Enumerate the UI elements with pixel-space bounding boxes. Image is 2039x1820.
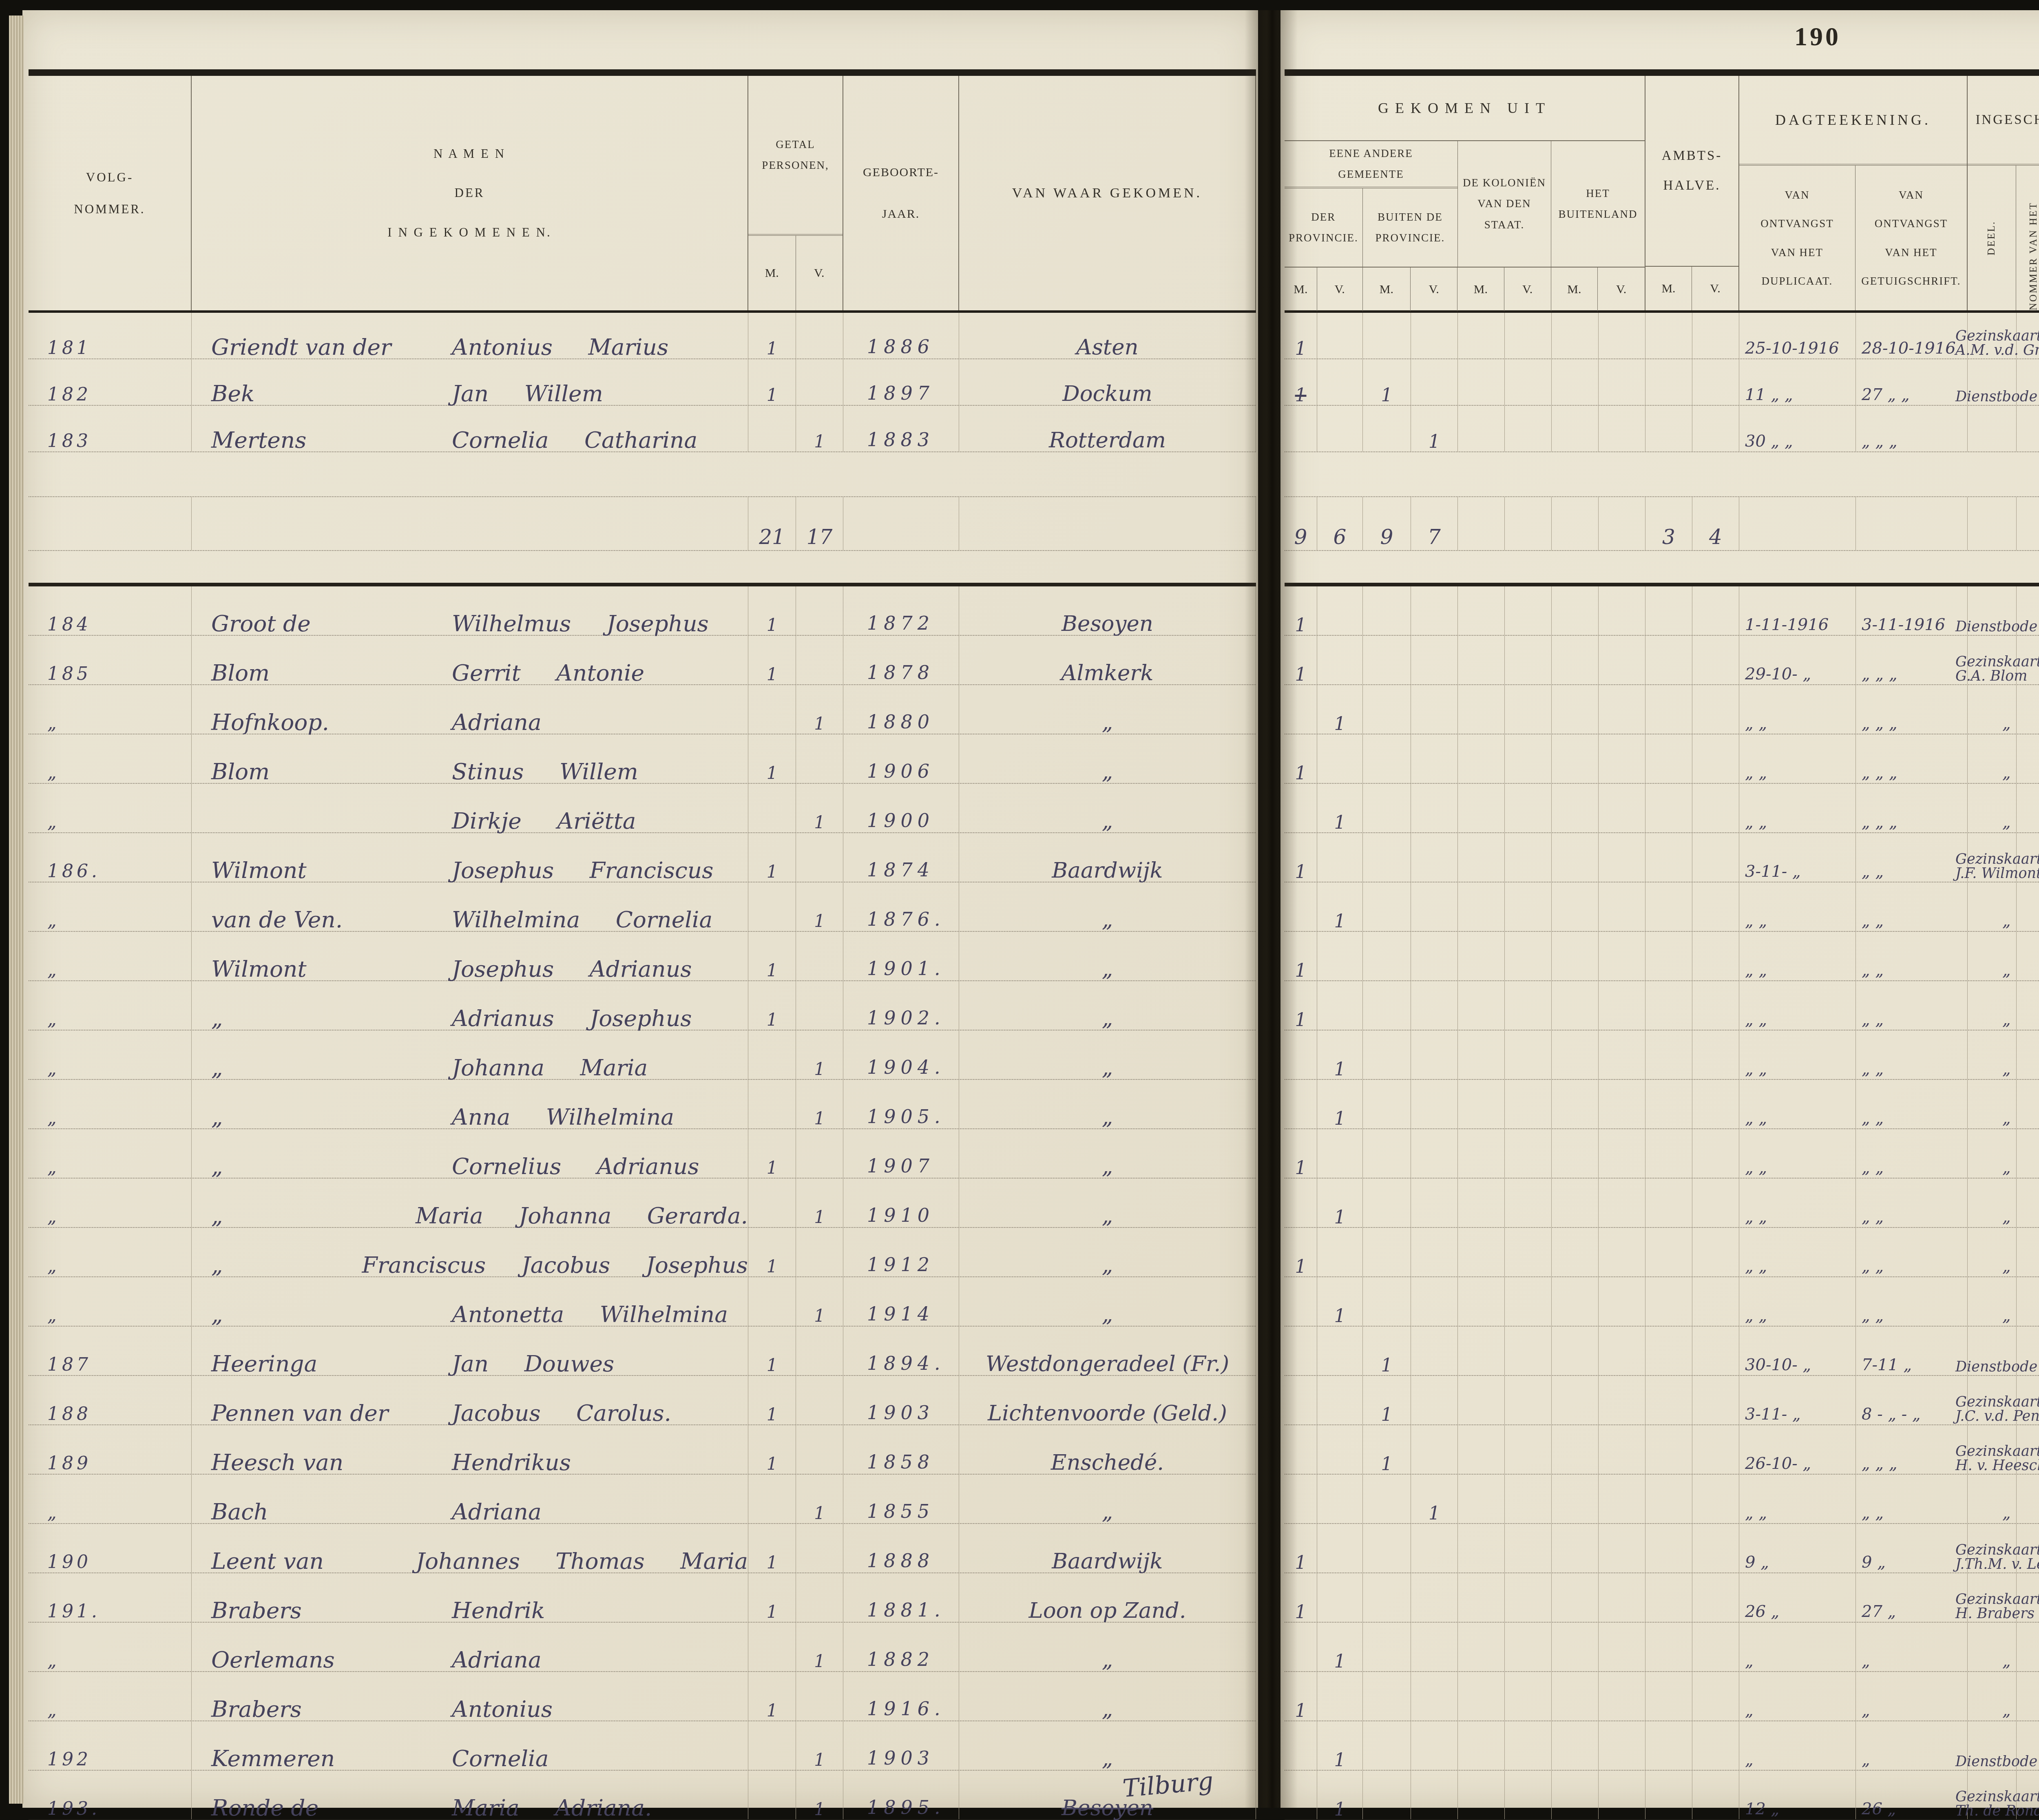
column-header-volgnummer: VOLG- NOMMER. [29,76,192,310]
cell-gekomen-m4 [1552,406,1599,451]
cell-vanwaar: Dockum [959,359,1256,405]
deel-annotation: GezinskaartJ.Th.M. v. Leent [1955,1543,2039,1572]
table-row: „„Johanna Maria11904.„ [29,1031,1256,1080]
total-value: 9 [1294,528,1307,547]
table-row: 1„ „„ „„ „ „„ „„„ [1285,1129,2039,1179]
cell-gekomen-v2: 1 [1411,406,1458,451]
duplicaat-date: „ [1739,1703,1754,1720]
cell-gekomen-m1: 1 [1285,1129,1317,1178]
table-row: 125-10-191628-10-191628-10-191628-10-191… [1285,313,2039,359]
right-page: 190 129 GEKOMEN UIT EENE ANDERE GEMEENTE [1280,10,2039,1808]
cell-gekomen-m3 [1458,406,1505,451]
cell-namen: Hofnkoop.Adriana [192,685,748,734]
cell-gekomen-av [1692,1721,1739,1770]
cell-gekomen-av [1692,1080,1739,1128]
table-row: 186.WilmontJosephus Franciscus11874Baard… [29,833,1256,882]
mv-header-m: M. [1661,282,1675,296]
tally-mark: 1 [1295,1012,1307,1029]
cell-nommer-blad [2017,1475,2039,1523]
cell-gekomen-m4 [1552,1623,1599,1671]
cell-gekomen-v1: 1 [1317,1623,1363,1671]
cell-gekomen-m1: 1 [1285,586,1317,635]
cell-volgnummer: 191. [29,1573,192,1622]
cell-gekomen-m1: 1 [1285,1672,1317,1720]
cell-gekomen-m4 [1552,1475,1599,1523]
origin-overwritten: Tilburg [1122,1769,1214,1800]
cell-getal-v: 1 [796,685,843,734]
column-group-ambtshalve: AMBTS- HALVE. M.V. [1645,76,1739,310]
cell-getuigschrift: „ „ [1856,833,1968,882]
cell-namen: BlomStinus Willem [192,734,748,783]
deel-annotation: GezinskaartTh. de Ronde [1955,1790,2039,1818]
cell-geboortejaar: 1910 [843,1179,959,1227]
origin-place: „ [1102,1255,1113,1276]
cell-gekomen-m3 [1458,685,1505,734]
row-surname: „ [192,1156,440,1178]
cell-gekomen-v4 [1599,636,1645,684]
cell-gekomen-m4 [1552,1277,1599,1326]
cell-vanwaar: „ [959,1228,1256,1276]
deel-annotation-line2: J.F. Wilmont [1955,867,2039,881]
getuigschrift-date: „ „ „ [1856,716,1897,734]
cell-gekomen-m2 [1363,1277,1411,1326]
table-row: „„Maria Johanna Gerarda.11910„ [29,1179,1256,1228]
birth-year: 1910 [843,1207,934,1227]
table-row: „„Antonetta Wilhelmina11914„ [29,1277,1256,1327]
cell-duplicaat: „ „ [1739,1129,1856,1178]
cell-gekomen-m2 [1363,1475,1411,1523]
cell-gekomen-v2 [1411,932,1458,980]
origin-place: „ [1102,1157,1113,1178]
cell-geboortejaar: 1906 [843,734,959,783]
row-number: „ [29,912,60,931]
cell-duplicaat: „ [1739,1721,1856,1770]
cell-getal-v [796,833,843,882]
left-table: VOLG- NOMMER. N A M E N DER I N G E K O … [29,69,1256,1820]
cell-getuigschrift: „ „ [1856,882,1968,931]
cell-getal-m [748,1080,796,1128]
row-number: „ [29,1652,60,1671]
row-number: „ [29,1702,60,1720]
cell-gekomen-av [1692,734,1739,783]
cell-getal-v: 1 [796,1277,843,1326]
cell-getal-m: 1 [748,1228,796,1276]
cell-duplicaat: „ „ [1739,1228,1856,1276]
tally-mark: 1 [1334,1308,1346,1325]
row-number: „ [29,1307,60,1326]
cell-gekomen-m2 [1363,313,1411,358]
cell-gekomen-v1 [1317,586,1363,635]
row-surname: „ [192,1057,440,1079]
cell-gekomen-v1 [1317,1524,1363,1572]
right-table: GEKOMEN UIT EENE ANDERE GEMEENTE DER PRO… [1285,69,2039,1820]
cell-geboortejaar: 1895. [843,1771,959,1819]
cell-gekomen-v4 [1599,1623,1645,1671]
row-given-names: Johanna Maria [440,1057,648,1079]
cell-gekomen-v3 [1505,1524,1552,1572]
cell-gekomen-m3 [1458,1080,1505,1128]
cell-gekomen-v4 [1599,734,1645,783]
getal-v-value: 1 [814,1110,825,1127]
row-number: 191. [29,1603,100,1622]
cell-getal-m: 1 [748,636,796,684]
cell-gekomen-v1 [1317,313,1363,358]
origin-place: Baardwijk [1052,860,1163,882]
cell-gekomen-v1 [1317,359,1363,405]
getal-v-value: 1 [814,1653,825,1670]
cell-gekomen-m1: 1 [1285,734,1317,783]
deel-annotation-line1: Gezinskaart [1955,329,2039,343]
row-number: „ [29,814,60,832]
cell-gekomen-v3 [1505,406,1552,451]
cell-gekomen-v4 [1599,1080,1645,1128]
cell-gekomen-av [1692,313,1739,358]
cell-duplicaat: 3-11- „ [1739,833,1856,882]
cell-gekomen-am [1645,1425,1692,1474]
cell-gekomen-m2 [1363,586,1411,635]
deel-ditto-mark: „ [2002,1653,2011,1669]
table-row: 129-10- „„ „ „„ „ „„ „ „A 457.Gezinskaar… [1285,636,2039,685]
tally-mark: 1 [1295,864,1307,881]
row-surname: Wilmont [192,958,440,980]
cell-getuigschrift: „ „ „ [1856,1425,1968,1474]
duplicaat-date: „ „ [1739,1061,1767,1079]
table-row: 1„ „„ „„ „ „„ „„„ [1285,1179,2039,1228]
row-given-names: Stinus Willem [440,761,638,783]
cell-gekomen-m3 [1458,1179,1505,1227]
table-row: „van de Ven.Wilhelmina Cornelia11876.„ [29,882,1256,932]
cell-gekomen-m3 [1458,734,1505,783]
cell-gekomen-v1: 1 [1317,1031,1363,1079]
cell-nommer-blad [2017,981,2039,1030]
getal-m-value: 1 [767,387,778,403]
cell-total-v3 [1505,497,1552,550]
cell-getal-m [748,1771,796,1819]
table-row: 183MertensCornelia Catharina11883Rotterd… [29,406,1256,452]
cell-namen: „Cornelius Adrianus [192,1129,748,1178]
cell-gekomen-v2 [1411,1179,1458,1227]
ambtshalve-label: AMBTS- HALVE. [1662,141,1723,200]
deel-ditto-mark: „ [2002,1061,2011,1077]
cell-duplicaat: „ „ [1739,784,1856,832]
cell-gekomen-av [1692,1573,1739,1622]
cell-gekomen-v2 [1411,882,1458,931]
cell-vanwaar: „ [959,882,1256,931]
cell-duplicaat: 26 „ [1739,1573,1856,1622]
table-row: 193.Ronde deMaria Adriana.11895.BesoyenT… [29,1771,1256,1819]
table-row: 1„ „„ „„ „ „„ „„„ [1285,1080,2039,1129]
cell-gekomen-am [1645,1475,1692,1523]
total-value: 4 [1709,528,1722,547]
cell-gekomen-v2 [1411,1031,1458,1079]
nommer-blad-label: NOMMER VAN HET BLAD. [2028,166,2039,310]
cell-gekomen-m1: 1 [1285,1524,1317,1572]
geboortejaar-label: GEBOORTE- JAAR. [863,152,939,235]
getal-v-value: 1 [814,913,825,929]
cell-vanwaar: „ [959,1672,1256,1720]
cell-gekomen-m1 [1285,784,1317,832]
deel-annotation: Dienstbode [1955,390,2037,404]
cell-gekomen-v1: 1 [1317,784,1363,832]
cell-gekomen-v2 [1411,1623,1458,1671]
cell-duplicaat [1739,497,1856,550]
row-surname: „ [192,1304,440,1326]
duplicaat-date: 25-10-1916 [1739,341,1839,358]
der-provincie-label: DER PROVINCIE. [1289,207,1358,249]
cell-gekomen-v3 [1505,1573,1552,1622]
row-given-names: Adriana [440,1501,542,1523]
cell-gekomen-av [1692,1524,1739,1572]
getal-m-value: 1 [767,1012,778,1028]
cell-volgnummer: „ [29,1179,192,1227]
cell-volgnummer: „ [29,1623,192,1671]
cell-getuigschrift: „ „ [1856,932,1968,980]
cell-duplicaat: 9 „ [1739,1524,1856,1572]
cell-getal-m [748,1721,796,1770]
table-row: „BlomStinus Willem11906„ [29,734,1256,784]
row-given-names: Johannes Thomas Maria [404,1550,748,1572]
cell-gekomen-v3 [1505,1228,1552,1276]
getal-m-value: 1 [767,1456,778,1472]
tally-mark: 1 [1295,1555,1307,1572]
cell-gekomen-m2 [1363,1573,1411,1622]
origin-place: Dockum [1062,384,1152,405]
cell-namen: „Antonetta Wilhelmina [192,1277,748,1326]
cell-total-m1: 9 [1285,497,1317,550]
table-row: 188Pennen van derJacobus Carolus.11903Li… [29,1376,1256,1425]
cell-getuigschrift: 9 „ [1856,1524,1968,1572]
row-given-names: Antonius [440,1698,553,1720]
cell-gekomen-v4 [1599,1524,1645,1572]
cell-volgnummer: „ [29,784,192,832]
origin-place: Loon op Zand. [1028,1601,1186,1622]
cell-gekomen-m4 [1552,882,1599,931]
cell-getal-m: 1 [748,1376,796,1424]
table-row: 192KemmerenCornelia11903„ [29,1721,1256,1771]
cell-gekomen-m2 [1363,784,1411,832]
tally-mark: 1 [1334,913,1346,930]
birth-year: 1901. [843,960,945,980]
cell-gekomen-v1 [1317,1425,1363,1474]
origin-place: „ [1102,712,1113,734]
cell-gekomen-v2 [1411,1376,1458,1424]
cell-volgnummer: „ [29,1080,192,1128]
getuigschrift-date: „ „ [1856,1012,1884,1030]
getuigschrift-date: „ „ „ [1856,765,1897,783]
origin-place: „ [1102,762,1113,783]
cell-geboortejaar: 1904. [843,1031,959,1079]
cell-gekomen-m3 [1458,1228,1505,1276]
cell-gekomen-v4 [1599,1672,1645,1720]
mv-header-m: M. [1474,283,1488,296]
cell-gekomen-v3 [1505,1425,1552,1474]
cell-gekomen-v3 [1505,1277,1552,1326]
row-number: „ [29,1060,60,1079]
cell-vanwaar: Besoyen [959,586,1256,635]
table-row: 1111 „ „27 „ „„ „ „„ „ „C 249Dienstbode [1285,359,2039,406]
table-row: „BrabersAntonius11916.„ [29,1672,1256,1721]
cell-gekomen-m3 [1458,981,1505,1030]
cell-getal-m: 1 [748,1672,796,1720]
cell-getal-v [796,932,843,980]
deel-annotation-line1: Dienstbode [1955,390,2037,404]
birth-year: 1916. [843,1700,945,1720]
row-given-names: Josephus Adrianus [440,958,692,980]
cell-gekomen-m2: 1 [1363,1376,1411,1424]
cell-volgnummer: 189 [29,1425,192,1474]
page-stack-edge-left [9,15,24,1804]
vanwaar-label: VAN WAAR GEKOMEN. [1012,176,1202,210]
getuigschrift-date: „ „ [1856,1258,1884,1276]
cell-geboortejaar: 1881. [843,1573,959,1622]
deel-annotation: GezinskaartJ.C. v.d. Pennen [1955,1395,2039,1424]
cell-gekomen-m3 [1458,784,1505,832]
cell-gekomen-m1 [1285,1475,1317,1523]
duplicaat-date: „ „ [1739,1160,1767,1178]
tally-mark: 1 [1295,387,1307,404]
getal-v-value: 1 [814,433,825,450]
deel-ditto-mark: „ [2002,913,2011,929]
row-number: „ [29,962,60,980]
tally-mark: 1 [1334,1801,1346,1818]
cell-gekomen-m1 [1285,1425,1317,1474]
tally-mark: 1 [1334,716,1346,733]
table-row: „Hofnkoop.Adriana11880„ [29,685,1256,734]
cell-getal-m: 1 [748,932,796,980]
cell-gekomen-v2 [1411,784,1458,832]
cell-gekomen-v1 [1317,734,1363,783]
row-number: 187 [29,1356,91,1375]
table-row: 112 „26 „„ „„A 19.GezinskaartTh. de Rond… [1285,1771,2039,1819]
row-number: 181 [29,340,91,358]
cell-gekomen-m4 [1552,1129,1599,1178]
mv-header-m: M. [1380,283,1393,296]
cell-gekomen-v4 [1599,1475,1645,1523]
cell-gekomen-v1: 1 [1317,882,1363,931]
deel-annotation: GezinskaartG.A. Blom [1955,655,2039,683]
cell-getal-v: 1 [796,406,843,451]
table-row [29,551,1256,586]
cell-gekomen-m4 [1552,1721,1599,1770]
origin-place: Enschedé. [1051,1453,1164,1474]
getal-m-value: 1 [767,1406,778,1423]
right-table-header: GEKOMEN UIT EENE ANDERE GEMEENTE DER PRO… [1285,69,2039,313]
duplicaat-date: „ „ [1739,913,1767,931]
getal-v-value: 1 [814,1801,825,1818]
mv-header-v: V. [1616,283,1626,296]
cell-gekomen-v4 [1599,586,1645,635]
table-row: 1„ „„ „„ „ „„ „„„ [1285,882,2039,932]
cell-geboortejaar: 1907 [843,1129,959,1178]
cell-gekomen-v1 [1317,636,1363,684]
getuigschrift-date: 28-10-1916 [1856,341,1956,358]
cell-gekomen-av [1692,1672,1739,1720]
getal-m-value: 1 [767,1703,778,1719]
deel-ditto-mark: „ [2002,1505,2011,1521]
cell-nommer-blad [2017,1179,2039,1227]
table-row [1285,551,2039,586]
row-surname: Wilmont [192,860,440,882]
table-row: 1„ „„ „„ „ „„ „„„ [1285,1277,2039,1327]
cell-gekomen-v3 [1505,1129,1552,1178]
duplicaat-date: 30-10- „ [1739,1357,1811,1375]
cell-namen: Ronde deMaria Adriana. [192,1771,748,1819]
cell-gekomen-m3 [1458,1672,1505,1720]
cell-gekomen-m4 [1552,1524,1599,1572]
getal-m-value: 1 [767,864,778,880]
cell-getal-m: 1 [748,1425,796,1474]
cell-getal-m: 1 [748,734,796,783]
origin-place: „ [1102,1502,1113,1523]
cell-gekomen-v1: 1 [1317,685,1363,734]
tally-mark: 1 [1334,1752,1346,1769]
duplicaat-date: „ „ [1739,716,1767,734]
cell-gekomen-v3 [1505,932,1552,980]
row-given-names: Jan Douwes [440,1353,614,1375]
cell-gekomen-av [1692,1376,1739,1424]
deel-annotation: GezinskaartJ.F. Wilmont [1955,852,2039,881]
birth-year: 1878 [843,664,934,684]
getuigschrift-date: „ „ [1856,962,1884,980]
row-surname: Bek [192,383,440,405]
table-row: 1„ „„ „„ „ „„ „„ „ „„ [1285,1475,2039,1524]
cell-namen: HeeringaJan Douwes [192,1327,748,1375]
cell-gekomen-v1 [1317,406,1363,451]
cell-duplicaat: „ „ [1739,1277,1856,1326]
tally-mark: 1 [1334,1061,1346,1078]
cell-gekomen-m1: 1 [1285,1573,1317,1622]
cell-gekomen-av [1692,586,1739,635]
cell-duplicaat: 30 „ „ [1739,406,1856,451]
cell-gekomen-m4 [1552,1031,1599,1079]
getuigschrift-date: 9 „ [1856,1555,1886,1572]
row-number: 183 [29,433,91,451]
cell-namen: „Franciscus Jacobus Josephus [192,1228,748,1276]
cell-gekomen-v2 [1411,1721,1458,1770]
mv-header-v: V. [1710,282,1720,296]
deel-annotation-line2: J.Th.M. v. Leent [1955,1557,2039,1572]
cell-getuigschrift: 7-11 „ [1856,1327,1968,1375]
cell-gekomen-am [1645,1327,1692,1375]
getuigschrift-date: „ [1856,1653,1870,1671]
cell-getal-v [796,1327,843,1375]
getuigschrift-date: „ „ [1856,1505,1884,1523]
birth-year: 1883 [843,431,934,451]
cell-duplicaat: 3-11- „ [1739,1376,1856,1424]
duplicaat-date: 9 „ [1739,1555,1769,1572]
cell-deel [1968,406,2017,451]
column-group-dagteekening-1: DAGTEEKENING. VAN ONTVANGST VAN HET DUPL… [1739,76,1968,310]
table-row: 184Groot deWilhelmus Josephus11872Besoye… [29,586,1256,636]
cell-gekomen-v3 [1505,1771,1552,1819]
cell-total-m3 [1458,497,1505,550]
getuigschrift-date: „ „ [1856,1110,1884,1128]
kolonien-label: DE KOLONIËN VAN DEN STAAT. [1463,172,1546,235]
row-surname: „ [192,1008,440,1030]
table-row: 130 „ „„ „ „30 „ „30 „ „B 72 [1285,406,2039,452]
deel-ditto-mark: „ [2002,962,2011,978]
cell-geboortejaar: 1855 [843,1475,959,1523]
cell-gekomen-v3 [1505,1179,1552,1227]
origin-place: Asten [1076,337,1138,358]
origin-place: „ [1102,811,1113,832]
row-surname: Kemmeren [192,1748,440,1770]
cell-gekomen-am [1645,734,1692,783]
table-row: 1„ „„ „ „„ „ „„ „ „„„ [1285,784,2039,833]
cell-gekomen-m4 [1552,734,1599,783]
cell-nommer-blad [2017,1277,2039,1326]
cell-getuigschrift: „ „ „ [1856,734,1968,783]
